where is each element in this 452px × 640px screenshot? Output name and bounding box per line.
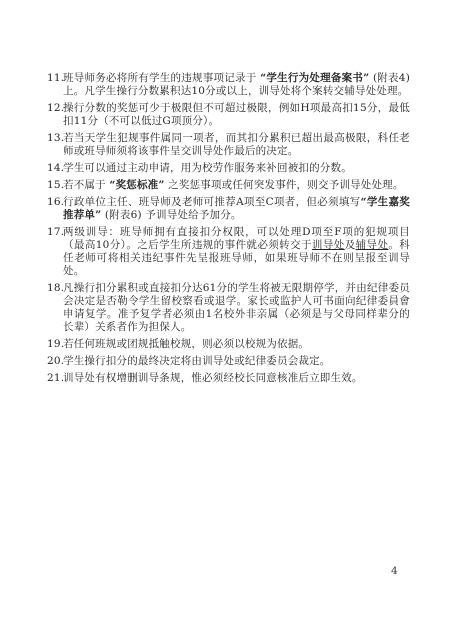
- list-item-number: 20.: [47, 355, 63, 368]
- list-item-text: 若不属于 “奖惩标准” 之奖惩事项或任何突发事件，则交予训导处处理。: [63, 179, 410, 192]
- list-item-number: 11.: [47, 72, 63, 85]
- list-item-text: 训导处有权增删训导条规，惟必须经校长同意核准后立即生效。: [63, 372, 410, 385]
- list-item-text: 操行分数的奖惩可少于极限但不可超过极限，例如H项最高扣15分，最低扣11分（不可…: [63, 102, 410, 128]
- list-item: 16.行政单位主任、班导师及老师可推荐A项至C项者，但必须填写“学生嘉奖推荐单”…: [47, 196, 410, 222]
- list-item: 19.若任何班规或团规抵触校规，则必须以校规为依据。: [47, 338, 410, 351]
- list-item-number: 14.: [47, 162, 63, 175]
- text-segment: 行政单位主任、班导师及老师可推荐A项至C项者，但必须填写: [63, 196, 360, 208]
- text-segment: (附表6) 予训导处给予加分。: [101, 209, 241, 221]
- list-item-number: 15.: [47, 179, 63, 192]
- text-segment: 训导处有权增删训导条规，惟必须经校长同意核准后立即生效。: [63, 372, 363, 384]
- list-item-number: 21.: [47, 372, 63, 385]
- list-item-text: 若任何班规或团规抵触校规，则必须以校规为依据。: [63, 338, 410, 351]
- list-item: 14.学生可以通过主动申请，用为校劳作服务来补回被扣的分数。: [47, 162, 410, 175]
- text-segment: 操行分数的奖惩可少于极限但不可超过极限，例如H项最高扣15分，最低扣11分（不可…: [63, 102, 410, 127]
- underlined-text: 训导处: [312, 239, 345, 251]
- list-item: 11.班导师务必将所有学生的违规事项记录于 “学生行为处理备案书” (附表4) …: [47, 72, 410, 98]
- list-item-number: 16.: [47, 196, 63, 209]
- list-item-text: 若当天学生犯规事件属同一项者，而其扣分累积已超出最高极限，科任老师或班导师须将该…: [63, 132, 410, 158]
- text-segment: 及: [345, 239, 356, 251]
- list-item: 20.学生操行扣分的最终决定将由训导处或纪律委员会裁定。: [47, 355, 410, 368]
- list-item: 17.两级训导：班导师拥有直接扣分权限，可以处理D项至F项的犯规项目（最高10分…: [47, 226, 410, 278]
- text-segment: 之奖惩事项或任何突发事件，则交予训导处处理。: [165, 179, 404, 191]
- page-number: 4: [391, 565, 398, 578]
- list-item-text: 学生操行扣分的最终决定将由训导处或纪律委员会裁定。: [63, 355, 410, 368]
- list-item-text: 班导师务必将所有学生的违规事项记录于 “学生行为处理备案书” (附表4) 上。凡…: [63, 72, 410, 98]
- list-item: 15.若不属于 “奖惩标准” 之奖惩事项或任何突发事件，则交予训导处处理。: [47, 179, 410, 192]
- text-segment: 学生可以通过主动申请，用为校劳作服务来补回被扣的分数。: [63, 162, 352, 174]
- text-segment: 若当天学生犯规事件属同一项者，而其扣分累积已超出最高极限，科任老师或班导师须将该…: [63, 132, 410, 157]
- text-segment: 班导师务必将所有学生的违规事项记录于: [63, 72, 260, 84]
- text-segment: 学生操行扣分的最终决定将由训导处或纪律委员会裁定。: [63, 355, 331, 367]
- list-item-text: 两级训导：班导师拥有直接扣分权限，可以处理D项至F项的犯规项目（最高10分）。之…: [63, 226, 410, 278]
- text-segment: 凡操行扣分累积或直接扣分达61分的学生将被无限期停学，并由纪律委员会决定是否勒令…: [63, 282, 410, 333]
- list-item-text: 学生可以通过主动申请，用为校劳作服务来补回被扣的分数。: [63, 162, 410, 175]
- list-item-text: 凡操行扣分累积或直接扣分达61分的学生将被无限期停学，并由纪律委员会决定是否勒令…: [63, 282, 410, 334]
- list-item: 21.训导处有权增删训导条规，惟必须经校长同意核准后立即生效。: [47, 372, 410, 385]
- list-item-number: 18.: [47, 282, 63, 295]
- text-segment: 若任何班规或团规抵触校规，则必须以校规为依据。: [63, 338, 309, 350]
- rules-list: 11.班导师务必将所有学生的违规事项记录于 “学生行为处理备案书” (附表4) …: [47, 72, 410, 389]
- underlined-text: 辅导处: [356, 239, 389, 251]
- list-item-number: 19.: [47, 338, 63, 351]
- list-item-number: 17.: [47, 226, 63, 239]
- list-item-number: 12.: [47, 102, 63, 115]
- list-item-number: 13.: [47, 132, 63, 145]
- list-item: 13.若当天学生犯规事件属同一项者，而其扣分累积已超出最高极限，科任老师或班导师…: [47, 132, 410, 158]
- bold-text: “学生行为处理备案书”: [260, 72, 369, 84]
- document-page: 11.班导师务必将所有学生的违规事项记录于 “学生行为处理备案书” (附表4) …: [0, 0, 452, 640]
- list-item-text: 行政单位主任、班导师及老师可推荐A项至C项者，但必须填写“学生嘉奖推荐单” (附…: [63, 196, 410, 222]
- text-segment: 若不属于: [63, 179, 109, 191]
- bold-text: “奖惩标准”: [109, 179, 164, 191]
- list-item: 18.凡操行扣分累积或直接扣分达61分的学生将被无限期停学，并由纪律委员会决定是…: [47, 282, 410, 334]
- list-item: 12.操行分数的奖惩可少于极限但不可超过极限，例如H项最高扣15分，最低扣11分…: [47, 102, 410, 128]
